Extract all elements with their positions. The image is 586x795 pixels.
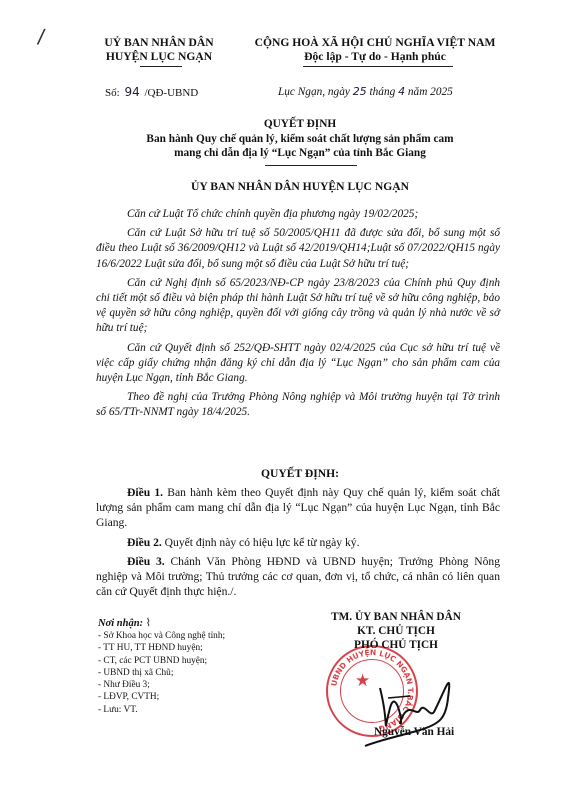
- agency-name: UỶ BAN NHÂN DÂN HUYỆN LỤC NGẠN: [86, 36, 232, 64]
- agency-line2: HUYỆN LỤC NGẠN: [86, 50, 232, 64]
- date-place: Lục Ngạn, ngày: [278, 86, 350, 98]
- doc-number-handwritten: 94: [124, 85, 139, 99]
- national-title: CỘNG HOÀ XÃ HỘI CHỦ NGHĨA VIỆT NAM Độc l…: [240, 36, 510, 64]
- signature-line3: PHÓ CHỦ TỊCH: [306, 638, 486, 652]
- doc-number-prefix: Số:: [105, 87, 120, 99]
- preamble-5: Theo đề nghị của Trưởng Phòng Nông nghiệ…: [96, 390, 500, 420]
- title-heading: QUYẾT ĐỊNH: [60, 117, 540, 132]
- document-title: QUYẾT ĐỊNH Ban hành Quy chế quản lý, kiể…: [60, 117, 540, 161]
- title-underline: [265, 165, 357, 166]
- article-1-label: Điều 1.: [127, 486, 163, 499]
- signature-line1: TM. ỦY BAN NHÂN DÂN: [306, 610, 486, 624]
- article-3-label: Điều 3.: [127, 555, 165, 568]
- national-motto: Độc lập - Tự do - Hạnh phúc: [240, 50, 510, 64]
- margin-mark: /: [36, 24, 46, 49]
- recipients-label: Nơi nhận: ⌇: [98, 616, 298, 630]
- recipient-item: - CT, các PCT UBND huyện;: [98, 655, 298, 667]
- issuer: ỦY BAN NHÂN DÂN HUYỆN LỤC NGẠN: [60, 180, 540, 194]
- date-year: năm 2025: [408, 86, 453, 98]
- recipient-item: - Như Điều 3;: [98, 679, 298, 691]
- article-2-label: Điều 2.: [127, 536, 162, 549]
- preamble-4: Căn cứ Quyết định số 252/QĐ-SHTT ngày 02…: [96, 341, 500, 387]
- preamble-1: Căn cứ Luật Tổ chức chính quyền địa phươ…: [96, 207, 500, 222]
- article-2-text: Quyết định này có hiệu lực kể từ ngày ký…: [162, 536, 360, 549]
- recipient-item: - TT HU, TT HĐND huyện;: [98, 642, 298, 654]
- agency-underline: [140, 66, 182, 67]
- article-1: Điều 1. Ban hành kèm theo Quyết định này…: [96, 485, 500, 531]
- signature-block: TM. ỦY BAN NHÂN DÂN KT. CHỦ TỊCH PHÓ CHỦ…: [306, 610, 486, 652]
- document-number: Số: 94 /QĐ-UBND: [105, 85, 198, 99]
- date-month: 4: [398, 85, 405, 98]
- preamble: Căn cứ Luật Tổ chức chính quyền địa phươ…: [96, 207, 500, 421]
- recipients-label-text: Nơi nhận:: [98, 618, 143, 629]
- article-3: Điều 3. Chánh Văn Phòng HĐND và UBND huy…: [96, 554, 500, 600]
- article-2: Điều 2. Quyết định này có hiệu lực kể từ…: [96, 535, 500, 550]
- initials-mark: ⌇: [146, 616, 151, 629]
- title-subtitle-2: mang chỉ dẫn địa lý “Lục Ngạn” của tỉnh …: [60, 146, 540, 161]
- title-subtitle-1: Ban hành Quy chế quản lý, kiểm soát chất…: [60, 132, 540, 147]
- recipient-item: - UBND thị xã Chũ;: [98, 667, 298, 679]
- recipient-item: - Sở Khoa học và Công nghệ tỉnh;: [98, 630, 298, 642]
- recipient-item: - LĐVP, CVTH;: [98, 691, 298, 703]
- decision-heading: QUYẾT ĐỊNH:: [60, 467, 540, 481]
- articles: Điều 1. Ban hành kèm theo Quyết định này…: [96, 485, 500, 599]
- recipients: Nơi nhận: ⌇ - Sở Khoa học và Công nghệ t…: [98, 616, 298, 716]
- signature-line2: KT. CHỦ TỊCH: [306, 624, 486, 638]
- signer-name: Nguyễn Văn Hải: [374, 726, 454, 738]
- nation-name: CỘNG HOÀ XÃ HỘI CHỦ NGHĨA VIỆT NAM: [240, 36, 510, 50]
- motto-underline: [303, 66, 453, 67]
- preamble-2: Căn cứ Luật Sở hữu trí tuệ số 50/2005/QH…: [96, 226, 500, 272]
- doc-number-suffix: /QĐ-UBND: [144, 87, 198, 99]
- date-day: 25: [353, 85, 367, 98]
- agency-line1: UỶ BAN NHÂN DÂN: [86, 36, 232, 50]
- recipient-item: - Lưu: VT.: [98, 704, 298, 716]
- preamble-3: Căn cứ Nghị định số 65/2023/NĐ-CP ngày 2…: [96, 276, 500, 337]
- date-month-label: tháng: [370, 86, 396, 98]
- date-line: Lục Ngạn, ngày 25 tháng 4 năm 2025: [278, 85, 453, 98]
